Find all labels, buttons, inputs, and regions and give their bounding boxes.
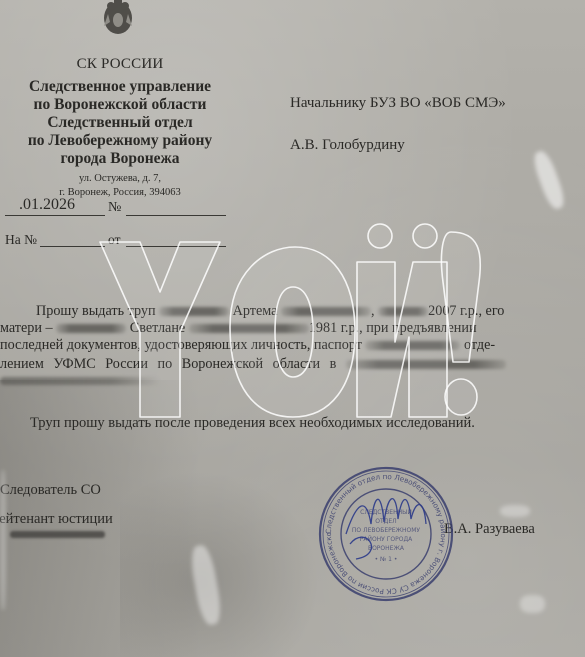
- body-line: Прошу выдать труп Артема , 2007 г.р., ег…: [0, 303, 504, 320]
- reply-number-underline: [40, 246, 105, 247]
- division-line: города Воронежа: [0, 150, 240, 168]
- date-underline: [5, 215, 105, 216]
- redaction-bar: [10, 531, 105, 538]
- recipient-position: Начальнику БУЗ ВО «ВОБ СМЭ»: [290, 95, 506, 112]
- date-value: .01.2026: [19, 196, 75, 213]
- body-text: последней документов, удостоверяющих лич…: [0, 337, 362, 353]
- division-line: Следственный отдел: [0, 114, 240, 132]
- signer-name: В.А. Разуваева: [444, 521, 535, 538]
- organization-name: СК РОССИИ: [0, 56, 240, 73]
- redaction-bar: [159, 307, 229, 316]
- signer-rank: лейтенант юстиции: [0, 511, 113, 528]
- svg-text:ОТДЕЛ: ОТДЕЛ: [375, 518, 396, 525]
- body-text: ,: [371, 303, 375, 319]
- redaction-bar: [365, 341, 460, 350]
- coat-of-arms-icon: [94, 0, 142, 40]
- number-underline: [126, 215, 226, 216]
- body-text: Прошу выдать труп: [36, 303, 156, 319]
- signer-position: Следователь СО: [0, 482, 101, 499]
- redaction-bar: [0, 377, 160, 385]
- department-name: Следственное управление по Воронежской о…: [0, 78, 240, 114]
- body-text: Светлане: [130, 320, 186, 336]
- body-line: последней документов, удостоверяющих лич…: [0, 337, 495, 354]
- date-field: .01.2026: [5, 196, 75, 214]
- redaction-bar: [378, 307, 428, 316]
- reply-to-label: На №: [5, 232, 37, 248]
- body-text: 2007 г.р., его: [428, 303, 504, 319]
- department-line: Следственное управление: [0, 78, 240, 96]
- redaction-bar: [281, 307, 371, 316]
- body-closing-line: Труп прошу выдать после проведения всех …: [30, 415, 475, 432]
- address-line: ул. Остужева, д. 7,: [0, 172, 240, 186]
- official-seal-icon: Следственный отдел по Левобережному райо…: [316, 464, 456, 604]
- redaction-bar: [56, 324, 126, 333]
- glare-highlight: [520, 595, 545, 613]
- svg-text:ПО ЛЕВОБЕРЕЖНОМУ: ПО ЛЕВОБЕРЕЖНОМУ: [352, 527, 420, 534]
- reply-from-label: от: [108, 232, 120, 248]
- body-text: матери –: [0, 320, 53, 336]
- body-text: отде-: [464, 337, 495, 353]
- redaction-bar: [189, 324, 309, 333]
- division-name: Следственный отдел по Левобережному райо…: [0, 114, 240, 168]
- glare-highlight: [530, 149, 567, 212]
- reply-date-underline: [126, 246, 226, 247]
- redaction-bar: [346, 360, 506, 369]
- division-line: по Левобережному району: [0, 132, 240, 150]
- body-line: лением УФМС России по Воронежской област…: [0, 356, 506, 373]
- svg-text:• № 1 •: • № 1 •: [375, 556, 398, 563]
- glare-highlight: [500, 505, 530, 517]
- department-line: по Воронежской области: [0, 96, 240, 114]
- glare-highlight: [0, 470, 6, 610]
- document-page: СК РОССИИ Следственное управление по Вор…: [0, 0, 585, 657]
- shadow-overlay: [120, 470, 320, 657]
- body-text: Артема: [233, 303, 278, 319]
- body-text: лением УФМС России по Воронежской област…: [0, 356, 336, 372]
- number-label: №: [108, 200, 121, 216]
- body-line: матери – Светлане 1981 г.р., при предъяв…: [0, 320, 477, 337]
- svg-text:ВОРОНЕЖА: ВОРОНЕЖА: [368, 545, 405, 552]
- body-text: 1981 г.р., при предъявлении: [309, 320, 477, 336]
- recipient-name: А.В. Голобурдину: [290, 137, 405, 154]
